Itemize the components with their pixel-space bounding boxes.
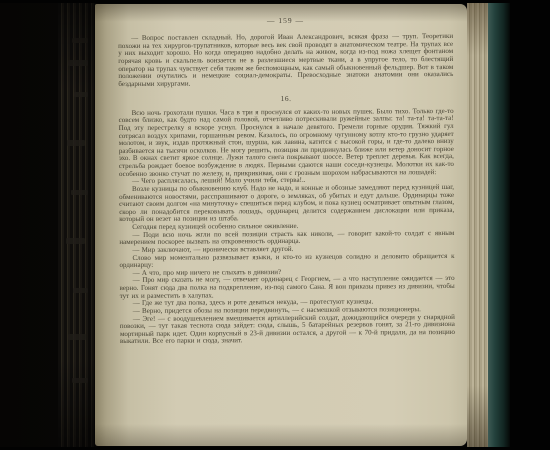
bleed-text-mark xyxy=(72,38,88,43)
paragraph: — Вопрос поставлен складный. Но, дорогой… xyxy=(118,33,453,88)
book-photo: — 159 — — Вопрос поставлен складный. Но,… xyxy=(0,0,550,450)
bleed-text-mark xyxy=(74,92,88,97)
bleed-text-mark xyxy=(66,238,85,244)
page-text-block: — 159 — — Вопрос поставлен складный. Но,… xyxy=(118,16,455,346)
paragraph: Возле кузницы по обыкновению клуб. Надо … xyxy=(119,184,454,224)
background xyxy=(0,0,550,3)
section-heading: 16. xyxy=(118,94,453,104)
paragraph: Всю ночь грохотали пушки. Часа в три я п… xyxy=(119,108,454,179)
left-page-stack xyxy=(58,0,96,450)
bleed-text-mark xyxy=(68,60,88,66)
bleed-text-mark xyxy=(68,334,86,340)
bleed-text-mark xyxy=(73,288,88,293)
page-number: — 159 — xyxy=(118,16,453,26)
bleed-text-mark xyxy=(72,378,88,383)
paragraph: — Эге! — с воодушевлением вмешивается ар… xyxy=(120,314,455,347)
book-cover xyxy=(488,0,510,450)
bleed-text-mark xyxy=(71,190,88,195)
bleed-text-mark xyxy=(67,140,85,146)
paragraph: — Про мир сказать не могу, — отвечает ор… xyxy=(120,275,455,300)
background xyxy=(510,0,550,450)
fore-edge-page-stack xyxy=(467,2,488,448)
book-page: — 159 — — Вопрос поставлен складный. Но,… xyxy=(95,4,467,446)
